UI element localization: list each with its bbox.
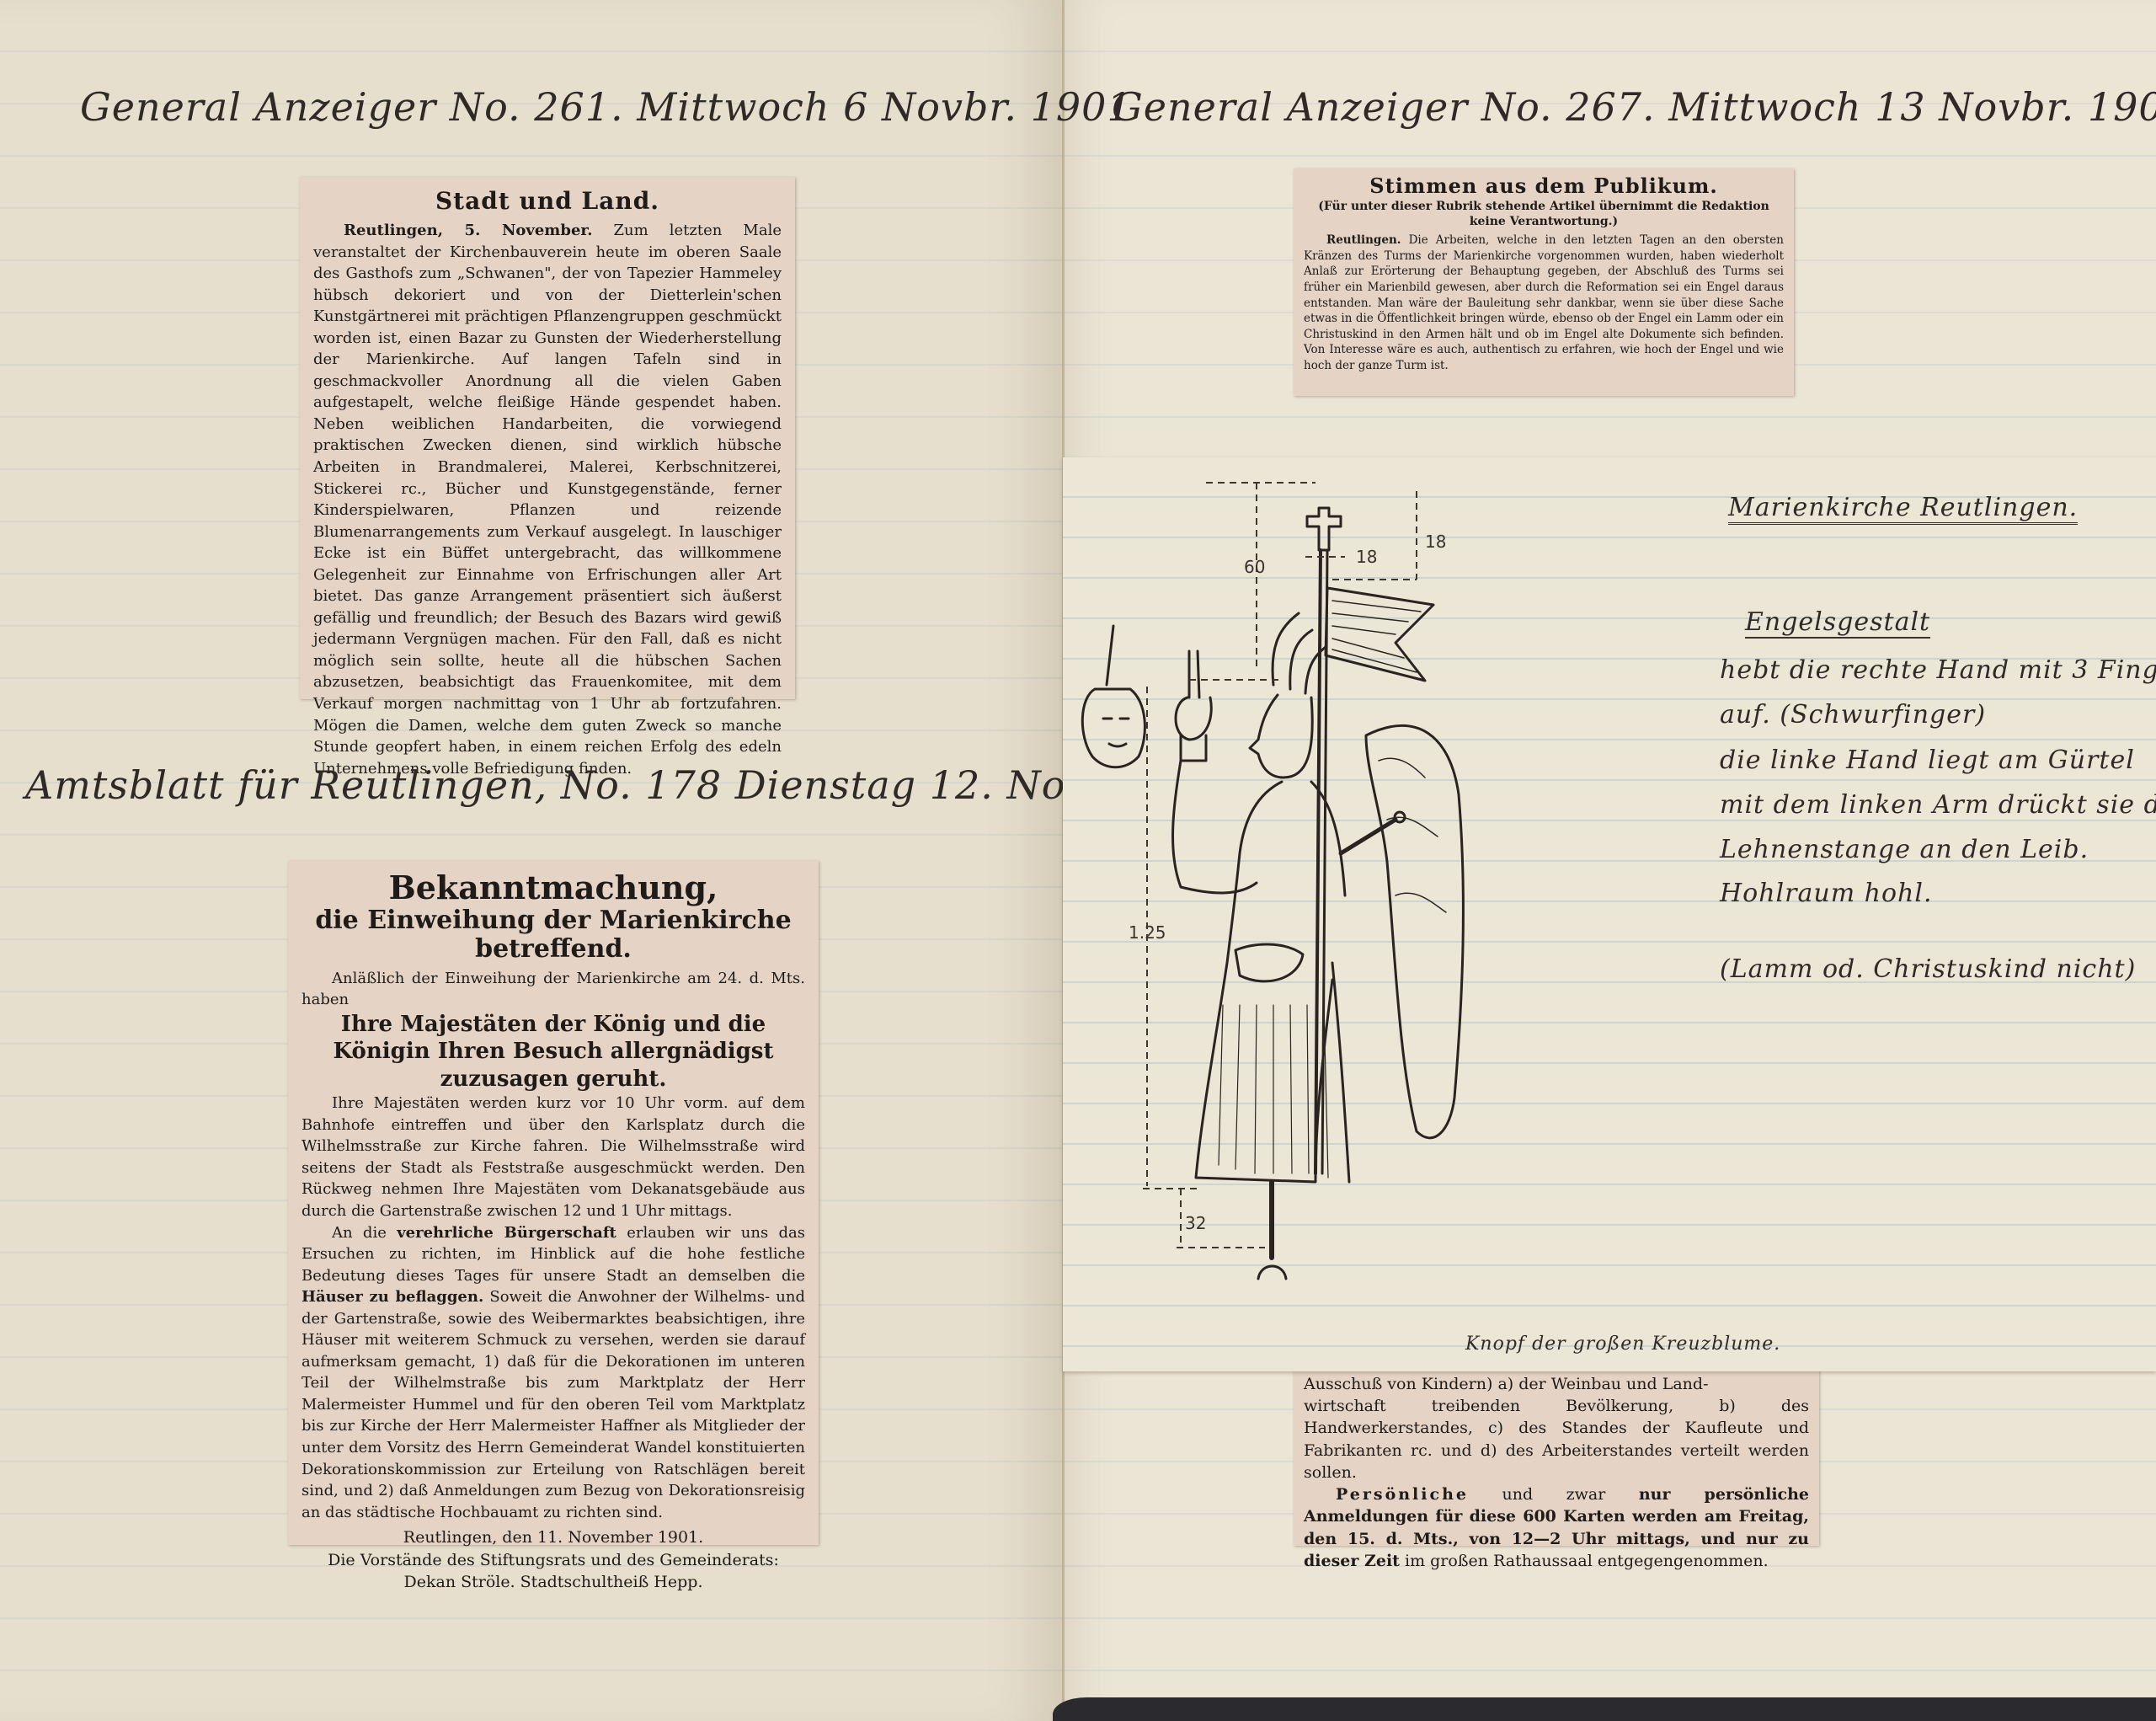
clipping-body: Reutlingen. Die Arbeiten, welche in den … (1304, 232, 1784, 374)
note-line-1: hebt die rechte Hand mit 3 Fingern (1720, 655, 2156, 685)
sketch-sheet: Marienkirche Reutlingen. Engelsgestalt h… (1063, 457, 2156, 1371)
article-text: Zum letzten Male veranstaltet der Kirche… (313, 222, 782, 778)
clipping-body: Reutlingen, 5. November. Zum letzten Mal… (313, 220, 782, 779)
clipping-stimmen-aus-dem-publikum: Stimmen aus dem Publikum. (Für unter die… (1294, 168, 1794, 396)
place-date: Reutlingen, den 11. November 1901. (302, 1526, 805, 1549)
dateline: Reutlingen, 5. November. (344, 222, 593, 239)
clipping-subtitle: die Einweihung der Marienkirche betreffe… (302, 906, 805, 965)
royal-visit-announcement: Ihre Majestäten der König und die Königi… (302, 1011, 805, 1093)
clipping-bekanntmachung: Bekanntmachung, die Einweihung der Marie… (288, 861, 819, 1545)
clipping-title: Stimmen aus dem Publikum. (1304, 174, 1784, 198)
clipping-intro: Anläßlich der Einweihung der Marienkirch… (302, 968, 805, 1011)
clipping-stadt-und-land: Stadt und Land. Reutlingen, 5. November.… (300, 177, 795, 699)
signatories: Die Vorstände des Stiftungsrats und des … (302, 1549, 805, 1572)
dim-label-cross-height: 18 (1425, 532, 1446, 552)
table-edge (1053, 1697, 2156, 1721)
clipping-title: Stadt und Land. (313, 187, 782, 215)
sketch-caption: Knopf der großen Kreuzblume. (1465, 1334, 1780, 1355)
note-line-3: die linke Hand liegt am Gürtel (1720, 746, 2135, 775)
left-heading-1: General Anzeiger No. 261. Mittwoch 6 Nov… (80, 84, 1133, 130)
clipping-disclaimer: (Für unter dieser Rubrik stehende Artike… (1304, 200, 1784, 229)
signatory-names: Dekan Ströle. Stadtschultheiß Hepp. (302, 1571, 805, 1594)
note-line-4: mit dem linken Arm drückt sie die (1720, 790, 2156, 820)
sketch-title: Marienkirche Reutlingen. (1728, 493, 2078, 525)
sketch-subtitle: Engelsgestalt (1745, 607, 1930, 639)
dim-label-body-height: 1.25 (1129, 922, 1166, 943)
clipping-body: Ihre Majestäten werden kurz vor 10 Uhr v… (302, 1093, 805, 1523)
clipping-title: Bekanntmachung, (302, 869, 805, 906)
dim-label-top-height: 60 (1244, 557, 1265, 577)
note-line-7: (Lamm od. Christuskind nicht) (1720, 954, 2136, 984)
dim-label-base-height: 32 (1185, 1213, 1206, 1233)
note-line-6: Hohlraum hohl. (1720, 879, 1933, 908)
dim-label-cross-width: 18 (1356, 547, 1377, 567)
note-line-2: auf. (Schwurfinger) (1720, 700, 1986, 730)
right-heading-1: General Anzeiger No. 267. Mittwoch 13 No… (1112, 84, 2156, 130)
note-line-5: Lehnenstange an den Leib. (1720, 835, 2089, 864)
angel-sketch (1063, 457, 1737, 1371)
